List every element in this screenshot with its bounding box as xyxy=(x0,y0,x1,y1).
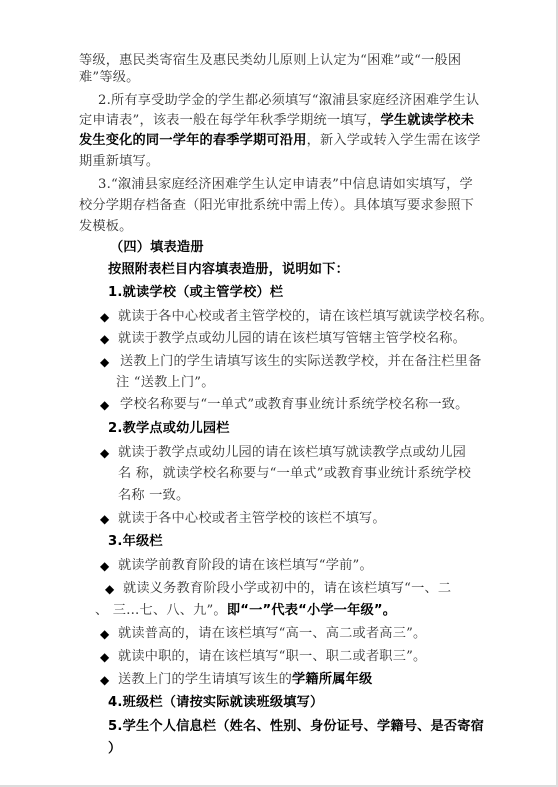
diamond-bullet-icon: ◆ xyxy=(105,580,114,598)
item3-title: 3.年级栏 xyxy=(108,533,163,551)
para2-line2-text: 定申请表”，该表一般在每学年秋季学期统一填写， xyxy=(79,113,380,128)
item3-bullet-2: 就读义务教育阶段小学或初中的，请在该栏填写“一、二 xyxy=(123,580,451,598)
diamond-bullet-icon: ◆ xyxy=(100,671,109,689)
para2-line3: 发生变化的同一学年的春季学期可沿用，新入学或转入学生需在该学 xyxy=(79,132,481,150)
item4-title: 4.班级栏（请按实际就读班级填写） xyxy=(108,694,323,712)
diamond-bullet-icon: ◆ xyxy=(100,648,109,666)
diamond-bullet-icon: ◆ xyxy=(100,557,109,575)
item3-bullet-5: 送教上门的学生请填写该生的学籍所属年级 xyxy=(118,671,372,689)
para2-line3-text: ，新入学或转入学生需在该学 xyxy=(307,133,481,148)
item3-bullet-2-cont: 、 三…七、八、九”。即“一”代表“小学一年级”。 xyxy=(95,602,396,620)
diamond-bullet-icon: ◆ xyxy=(100,330,109,348)
section4-intro: 按照附表栏目内容填表造册，说明如下： xyxy=(108,261,349,279)
item2-bullet-1-cont2: 名称 一致。 xyxy=(118,487,189,505)
item1-bullet-3: 送教上门的学生请填写该生的实际送教学校，并在备注栏里备 xyxy=(120,353,481,371)
para1-line1: 等级，惠民类寄宿生及惠民类幼儿原则上认定为“困难”或“一般困 xyxy=(79,52,461,70)
diamond-bullet-icon: ◆ xyxy=(100,353,109,371)
item3-bullet-2-cont-text: 、 三…七、八、九”。 xyxy=(95,603,227,618)
para2-line3-bold: 发生变化的同一学年的春季学期可沿用 xyxy=(79,133,307,148)
item2-bullet-1-cont1: 名 称，就读学校名称要与“一单式”或教育事业统计系统学校 xyxy=(118,465,471,483)
item1-bullet-3-cont: 注 “送教上门”。 xyxy=(116,374,215,392)
item2-bullet-1: 就读于教学点或幼儿园的请在该栏填写就读教学点或幼儿园 xyxy=(118,444,466,462)
para2-line2-bold: 学生就读学校未 xyxy=(380,113,474,128)
para2-line2: 定申请表”，该表一般在每学年秋季学期统一填写，学生就读学校未 xyxy=(79,112,474,130)
item3-bullet-4: 就读中职的，请在该栏填写“职一、职二或者职三”。 xyxy=(118,648,426,666)
para2-line4: 期重新填写。 xyxy=(79,153,159,171)
diamond-bullet-icon: ◆ xyxy=(100,510,109,528)
document-page: 等级，惠民类寄宿生及惠民类幼儿原则上认定为“困难”或“一般困 难”等级。 2.所… xyxy=(0,0,558,787)
para2-line1: 2.所有享受助学金的学生都必须填写“溆浦县家庭经济困难学生认 xyxy=(98,92,479,110)
item3-bullet-3: 就读普高的，请在该栏填写“高一、高二或者高三”。 xyxy=(118,625,426,643)
item5-title-line1: 5.学生个人信息栏（姓名、性别、身份证号、学籍号、是否寄宿 xyxy=(108,718,484,736)
item1-bullet-4: 学校名称要与“一单式”或教育事业统计系统学校名称一致。 xyxy=(120,396,469,414)
diamond-bullet-icon: ◆ xyxy=(100,308,109,326)
item3-bullet-2-bold: 即“一”代表“小学一年级”。 xyxy=(227,603,396,618)
para3-line1: 3.“溆浦县家庭经济困难学生认定申请表”中信息请如实填写，学 xyxy=(98,176,473,194)
item1-title: 1.就读学校（或主管学校）栏 xyxy=(108,284,283,302)
diamond-bullet-icon: ◆ xyxy=(100,444,109,462)
diamond-bullet-icon: ◆ xyxy=(100,625,109,643)
item3-bullet-1: 就读学前教育阶段的请在该栏填写“学前”。 xyxy=(118,557,373,575)
item2-bullet-2: 就读于各中心校或者主管学校的该栏不填写。 xyxy=(118,510,386,528)
section4-title: （四）填表造册 xyxy=(110,239,204,257)
item5-title-line2: ） xyxy=(108,740,121,758)
item3-bullet-5-text: 送教上门的学生请填写该生的 xyxy=(118,672,292,687)
item2-title: 2.教学点或幼儿园栏 xyxy=(108,420,230,438)
item3-bullet-5-bold: 学籍所属年级 xyxy=(292,672,372,687)
item1-bullet-2: 就读于教学点或幼儿园的请在该栏填写管辖主管学校名称。 xyxy=(118,330,466,348)
item1-bullet-1: 就读于各中心校或者主管学校的，请在该栏填写就读学校名称。 xyxy=(118,308,493,326)
para1-line2: 难”等级。 xyxy=(79,69,140,87)
diamond-bullet-icon: ◆ xyxy=(100,396,109,414)
para3-line3: 发模板。 xyxy=(79,218,133,236)
para3-line2: 校分学期存档备查（阳光审批系统中需上传）。具体填写要求参照下 xyxy=(79,197,474,215)
